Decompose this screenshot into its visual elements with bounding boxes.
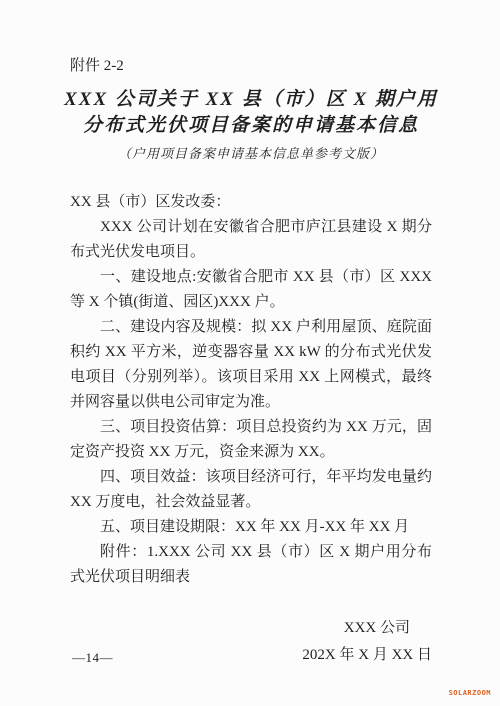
paragraph-section-2-scale: 二、建设内容及规模：拟 XX 户利用屋顶、庭院面积约 XX 平方米，逆变器容量 … [70, 315, 432, 415]
page-number: —14— [72, 650, 113, 666]
watermark: SOLARZOOM [449, 689, 491, 697]
paragraph-section-4-benefit: 四、项目效益：该项目经济可行，年平均发电量约 XX 万度电，社会效益显著。 [70, 465, 432, 515]
paragraph-section-1-location: 一、建设地点:安徽省合肥市 XX 县（市）区 XXX 等 X 个镇(街道、园区)… [70, 265, 432, 315]
document-page: 附件 2-2 XXX 公司关于 XX 县（市）区 X 期户用 分布式光伏项目备案… [0, 0, 500, 706]
document-body: XX 县（市）区发改委： XXX 公司计划在安徽省合肥市庐江县建设 X 期分布式… [70, 190, 432, 590]
attachment-label: 附件 2-2 [70, 57, 432, 75]
signature-company: XXX 公司 [70, 616, 432, 641]
document-subtitle: （户用项目备案申请基本信息单参考文版） [70, 144, 432, 164]
signature-date: 202X 年 X 月 XX 日 [70, 643, 432, 668]
salutation-line: XX 县（市）区发改委： [70, 190, 432, 215]
paragraph-section-5-period: 五、项目建设期限：XX 年 XX 月-XX 年 XX 月 [70, 515, 432, 540]
paragraph-intro: XXX 公司计划在安徽省合肥市庐江县建设 X 期分布式光伏发电项目。 [70, 215, 432, 265]
signature-block: XXX 公司 202X 年 X 月 XX 日 [70, 616, 432, 668]
document-title-line1: XXX 公司关于 XX 县（市）区 X 期户用 [60, 87, 442, 113]
paragraph-section-3-investment: 三、项目投资估算：项目总投资约为 XX 万元，固定资产投资 XX 万元，资金来源… [70, 415, 432, 465]
document-title: XXX 公司关于 XX 县（市）区 X 期户用 分布式光伏项目备案的申请基本信息 [60, 87, 442, 139]
document-title-line2: 分布式光伏项目备案的申请基本信息 [60, 113, 442, 139]
paragraph-attachment-list: 附件：1.XXX 公司 XX 县（市）区 X 期户用分布式光伏项目明细表 [70, 540, 432, 590]
